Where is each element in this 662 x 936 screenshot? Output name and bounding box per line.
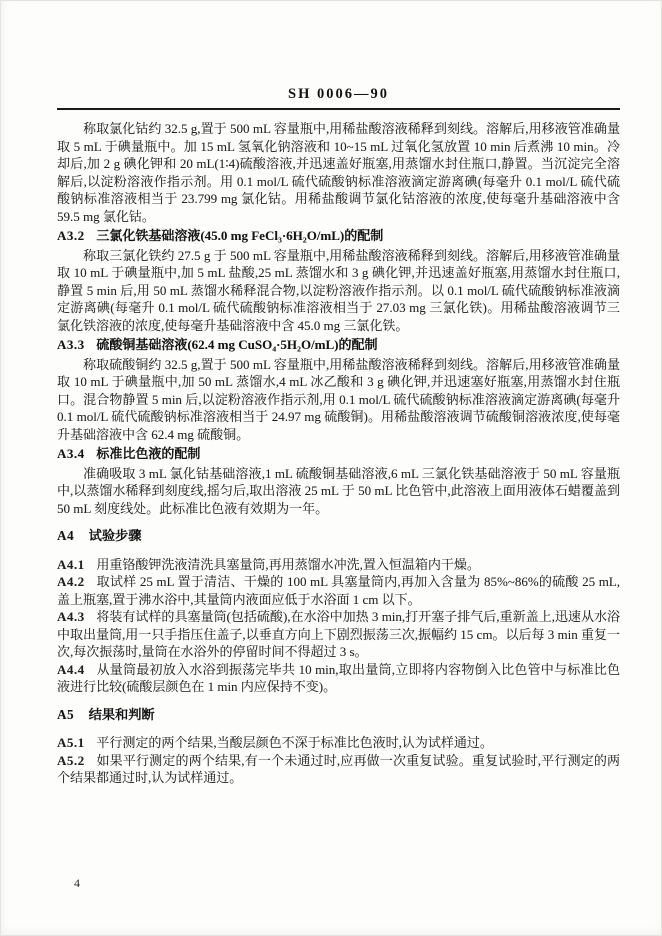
header-rule — [57, 108, 620, 110]
clause-a4-4: A4.4从量筒最初放入水浴到振荡完毕共 10 min,取出量筒,立即将内容物倒入… — [57, 661, 620, 696]
clause-number: A3.2 — [57, 228, 85, 243]
section-title: 硫酸铜基础溶液(62.4 mg CuSO₄·5H₂O/mL)的配制 — [96, 337, 377, 352]
section-heading-a3-3: A3.3硫酸铜基础溶液(62.4 mg CuSO₄·5H₂O/mL)的配制 — [57, 336, 620, 354]
page-header: SH 0006—90 — [57, 0, 620, 110]
clause-number: A5.1 — [57, 735, 85, 750]
clause-a5-1: A5.1平行测定的两个结果,当酸层颜色不深于标准比色液时,认为试样通过。 — [57, 734, 620, 752]
page-number: 4 — [74, 876, 80, 891]
clause-number: A4.2 — [57, 574, 85, 589]
clause-text: 将装有试样的具塞量筒(包括硫酸),在水浴中加热 3 min,打开塞子排气后,重新… — [57, 609, 620, 659]
clause-text: 从量筒最初放入水浴到振荡完毕共 10 min,取出量筒,立即将内容物倒入比色管中… — [57, 662, 620, 695]
clause-text: 用重铬酸钾洗液清洗具塞量筒,再用蒸馏水冲洗,置入恒温箱内干燥。 — [96, 557, 480, 572]
chapter-heading-a4: A4试验步骤 — [57, 527, 620, 545]
clause-a4-2: A4.2取试样 25 mL 置于清洁、干燥的 100 mL 具塞量筒内,再加入含… — [57, 573, 620, 608]
clause-a5-2: A5.2如果平行测定的两个结果,有一个未通过时,应再做一次重复试验。重复试验时,… — [57, 752, 620, 787]
paragraph-copper-sulfate: 称取硫酸铜约 32.5 g,置于 500 mL 容量瓶中,用稀盐酸溶液稀释到刻线… — [57, 356, 620, 444]
section-title: 三氯化铁基础溶液(45.0 mg FeCl₃·6H₂O/mL)的配制 — [96, 228, 383, 243]
chapter-title: 结果和判断 — [89, 707, 155, 722]
document-body: 称取氯化钴约 32.5 g,置于 500 mL 容量瓶中,用稀盐酸溶液稀释到刻线… — [57, 120, 620, 787]
chapter-number: A5 — [57, 707, 74, 722]
scanned-document-page: SH 0006—90 称取氯化钴约 32.5 g,置于 500 mL 容量瓶中,… — [0, 0, 662, 936]
clause-number: A3.3 — [57, 337, 85, 352]
chapter-title: 试验步骤 — [89, 528, 142, 543]
section-title: 标准比色液的配制 — [96, 446, 200, 461]
chapter-heading-a5: A5结果和判断 — [57, 706, 620, 724]
section-heading-a3-2: A3.2三氯化铁基础溶液(45.0 mg FeCl₃·6H₂O/mL)的配制 — [57, 227, 620, 245]
clause-number: A4.4 — [57, 662, 85, 677]
standard-number: SH 0006—90 — [57, 86, 620, 103]
paragraph-standard-color-solution: 准确吸取 3 mL 氯化钴基础溶液,1 mL 硫酸铜基础溶液,6 mL 三氯化铁… — [57, 465, 620, 518]
clause-number: A3.4 — [57, 446, 85, 461]
chapter-number: A4 — [57, 528, 74, 543]
clause-a4-1: A4.1用重铬酸钾洗液清洗具塞量筒,再用蒸馏水冲洗,置入恒温箱内干燥。 — [57, 556, 620, 574]
paragraph-ferric-chloride: 称取三氯化铁约 27.5 g 于 500 mL 容量瓶中,用稀盐酸溶液稀释到刻线… — [57, 247, 620, 335]
clause-text: 取试样 25 mL 置于清洁、干燥的 100 mL 具塞量筒内,再加入含量为 8… — [57, 574, 620, 607]
text-column: SH 0006—90 称取氯化钴约 32.5 g,置于 500 mL 容量瓶中,… — [57, 0, 620, 787]
clause-number: A4.1 — [57, 557, 85, 572]
clause-text: 平行测定的两个结果,当酸层颜色不深于标准比色液时,认为试样通过。 — [96, 735, 493, 750]
section-heading-a3-4: A3.4标准比色液的配制 — [57, 445, 620, 463]
clause-a4-3: A4.3将装有试样的具塞量筒(包括硫酸),在水浴中加热 3 min,打开塞子排气… — [57, 608, 620, 661]
paragraph-cobalt-chloride: 称取氯化钴约 32.5 g,置于 500 mL 容量瓶中,用稀盐酸溶液稀释到刻线… — [57, 120, 620, 225]
clause-number: A5.2 — [57, 753, 85, 768]
clause-text: 如果平行测定的两个结果,有一个未通过时,应再做一次重复试验。重复试验时,平行测定… — [57, 753, 620, 786]
clause-number: A4.3 — [57, 609, 85, 624]
